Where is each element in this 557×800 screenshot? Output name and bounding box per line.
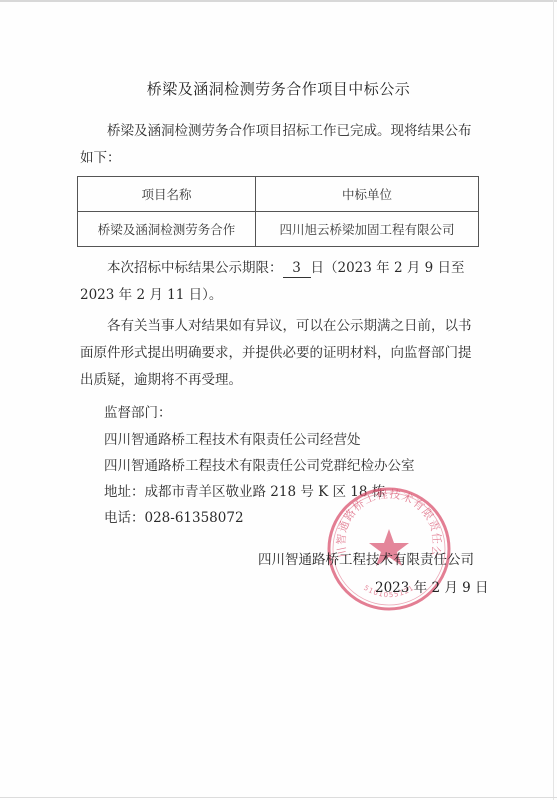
- signing-date: 2023 年 2 月 9 日: [375, 576, 489, 596]
- publicity-period-paragraph: 本次招标中标结果公示期限：3日（2023 年 2 月 9 日至 2023 年 2…: [80, 255, 480, 309]
- award-table: 项目名称 中标单位 桥梁及涵洞检测劳务合作 四川旭云桥梁加固工程有限公司: [77, 176, 479, 247]
- table-row: 桥梁及涵洞检测劳务合作 四川旭云桥梁加固工程有限公司: [78, 212, 479, 247]
- scan-bottom-edge: [0, 797, 557, 798]
- scan-top-edge: [0, 0, 557, 2]
- phone-line: 电话：028-61358072: [104, 508, 244, 528]
- period-days: 3: [283, 259, 311, 278]
- document-page: 桥梁及涵洞检测劳务合作项目中标公示 桥梁及涵洞检测劳务合作项目招标工作已完成。现…: [0, 0, 557, 800]
- supervision-department: 四川智通路桥工程技术有限责任公司经营处: [104, 430, 361, 450]
- supervision-label: 监督部门：: [104, 403, 172, 423]
- table-header-row: 项目名称 中标单位: [78, 177, 479, 212]
- intro-paragraph: 桥梁及涵洞检测劳务合作项目招标工作已完成。现将结果公布如下：: [80, 118, 480, 172]
- objection-paragraph: 各有关当事人对结果如有异议，可以在公示期满之日前，以书面原件形式提出明确要求，并…: [80, 313, 480, 394]
- signing-organization: 四川智通路桥工程技术有限责任公司: [258, 548, 474, 568]
- document-title: 桥梁及涵洞检测劳务合作项目中标公示: [0, 78, 557, 99]
- cell-project-name: 桥梁及涵洞检测劳务合作: [78, 212, 256, 247]
- header-winning-bidder: 中标单位: [256, 177, 479, 212]
- cell-winning-bidder: 四川旭云桥梁加固工程有限公司: [256, 212, 479, 247]
- supervision-department: 四川智通路桥工程技术有限责任公司党群纪检办公室: [104, 456, 415, 476]
- header-project-name: 项目名称: [78, 177, 256, 212]
- period-prefix: 本次招标中标结果公示期限：: [107, 260, 283, 276]
- scan-right-edge: [553, 0, 554, 800]
